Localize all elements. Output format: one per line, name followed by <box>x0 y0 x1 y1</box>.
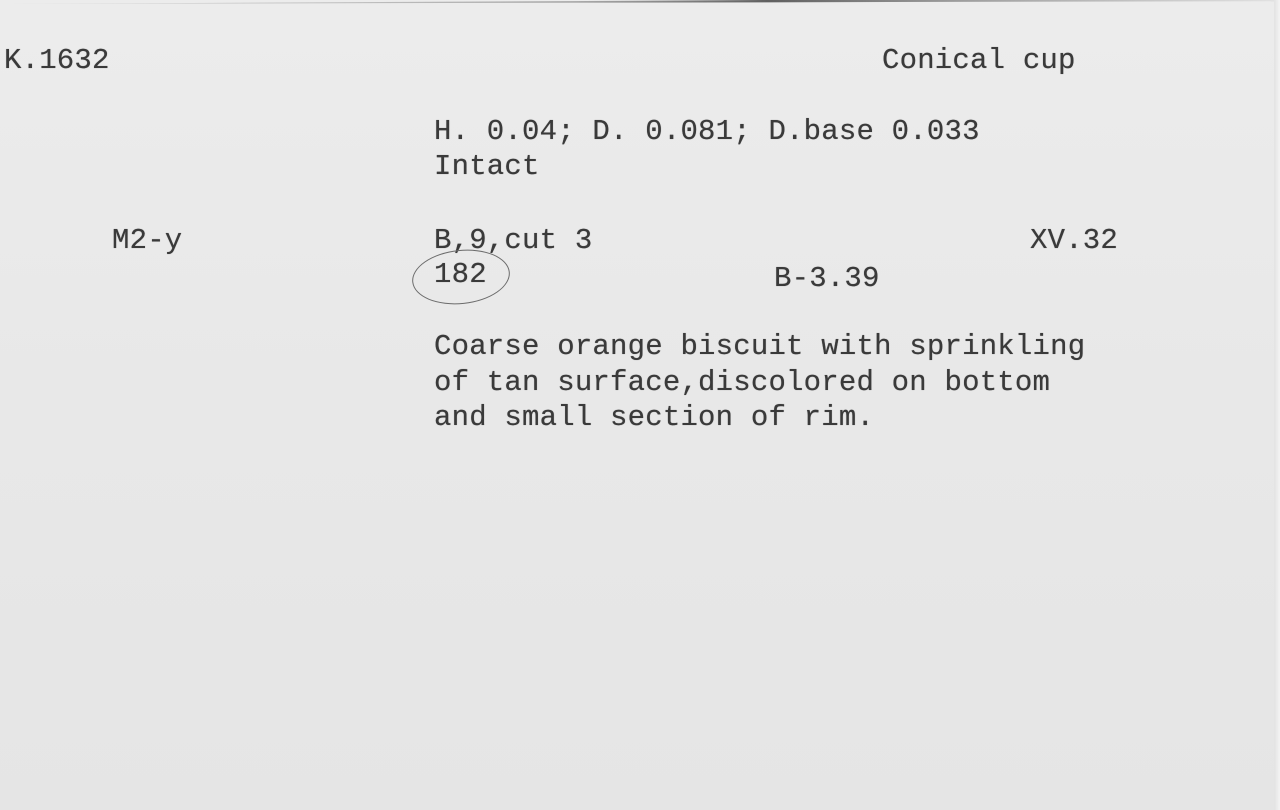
object-type: Conical cup <box>882 44 1076 78</box>
description-line-1: Coarse orange biscuit with sprinkling <box>434 330 1085 364</box>
catalog-number: K.1632 <box>4 44 110 78</box>
location-code: M2-y <box>112 224 182 258</box>
circled-number: 182 <box>434 258 487 292</box>
dimensions: H. 0.04; D. 0.081; D.base 0.033 <box>434 115 980 149</box>
plate-reference: XV.32 <box>1030 224 1118 258</box>
card-top-edge <box>0 0 1280 4</box>
condition: Intact <box>434 150 540 184</box>
reference: B-3.39 <box>774 262 880 296</box>
description-line-3: and small section of rim. <box>434 401 874 435</box>
description-line-2: of tan surface,discolored on bottom <box>434 366 1050 400</box>
catalog-card: K.1632 Conical cup H. 0.04; D. 0.081; D.… <box>0 0 1280 810</box>
card-right-edge <box>1274 0 1280 810</box>
